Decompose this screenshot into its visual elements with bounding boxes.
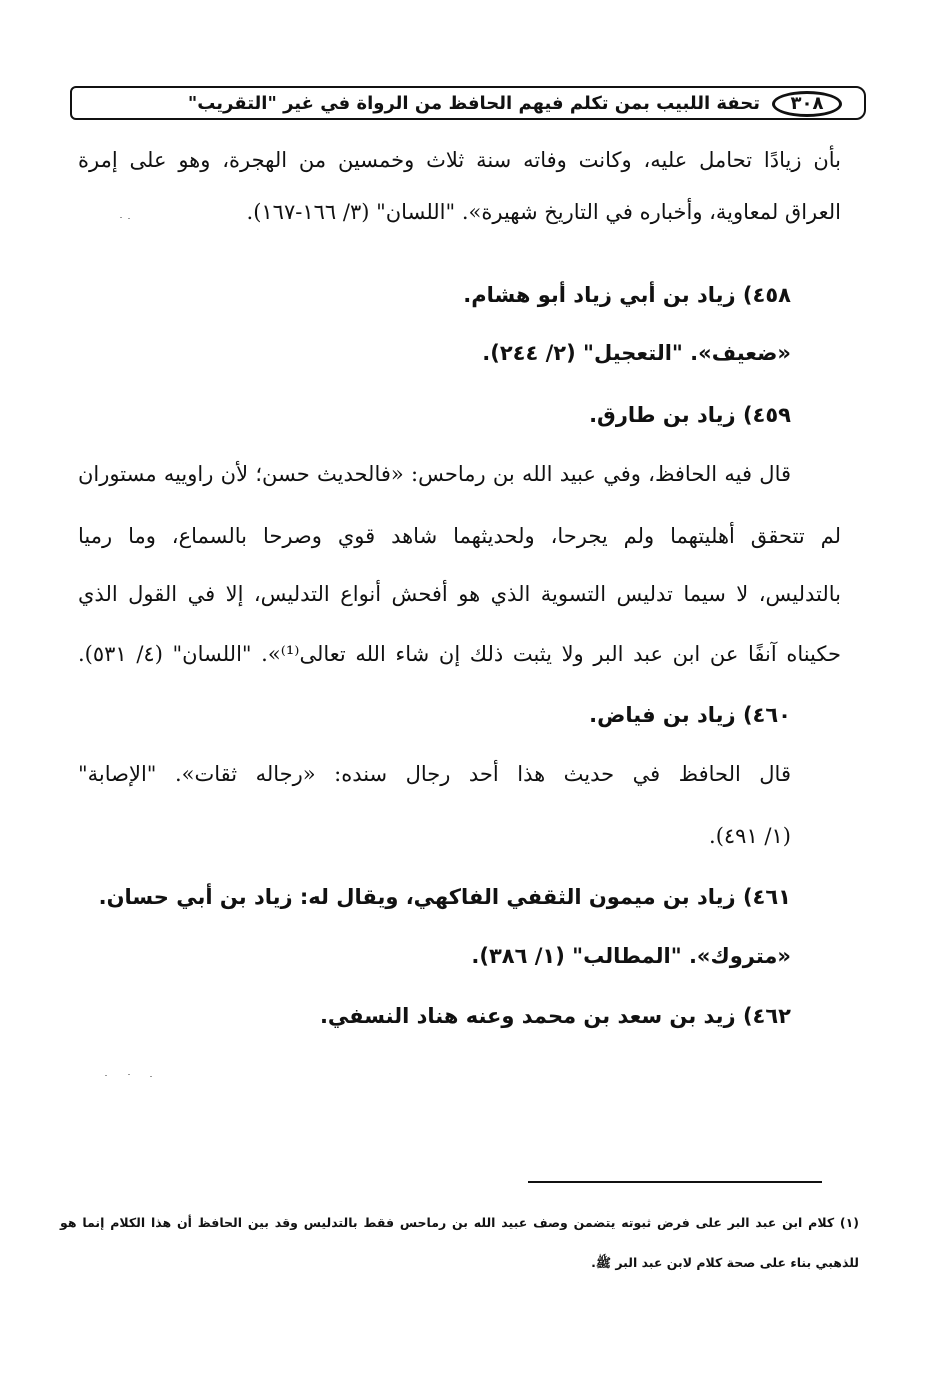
entry-461-note: «متروك». "المطالب" (١/ ٣٨٦).: [78, 936, 841, 976]
scan-speck: [120, 217, 122, 218]
running-header: ٣٠٨ تحفة اللبيب بمن تكلم فيهم الحافظ من …: [70, 86, 866, 120]
scan-speck: [105, 1075, 107, 1076]
scan-speck: [150, 1076, 152, 1077]
entry-459-heading: ٤٥٩) زياد بن طارق.: [78, 395, 841, 435]
footnote-separator: [528, 1181, 822, 1183]
text-line: (١/ ٤٩١).: [78, 816, 841, 856]
page-number: ٣٠٨: [772, 91, 842, 117]
entry-458-note: «ضعيف». "التعجيل" (٢/ ٢٤٤).: [78, 333, 841, 373]
scan-speck: [128, 218, 130, 219]
text-line: بالتدليس، لا سيما تدليس التسوية الذي هو …: [78, 574, 841, 614]
entry-458-heading: ٤٥٨) زياد بن أبي زياد أبو هشام.: [78, 275, 841, 315]
text-line: قال الحافظ في حديث هذا أحد رجال سنده: «ر…: [78, 754, 841, 794]
text-line: العراق لمعاوية، وأخباره في التاريخ شهيرة…: [78, 192, 841, 232]
text-line: قال فيه الحافظ، وفي عبيد الله بن رماحس: …: [78, 454, 841, 494]
footnotes: (١) كلام ابن عبد البر على فرض ثبوته يتضم…: [60, 1208, 859, 1288]
footnote-1-line-2: للذهبي بناء على صحة كلام لابن عبد البر ﷺ…: [60, 1248, 859, 1288]
entry-461-heading: ٤٦١) زياد بن ميمون الثقفي الفاكهي، ويقال…: [78, 877, 841, 917]
entry-462-heading: ٤٦٢) زيد بن سعد بن محمد وعنه هناد النسفي…: [78, 996, 841, 1036]
text-line: لم تتحقق أهليتهما ولم يجرحا، ولحديثهما ش…: [78, 516, 841, 556]
running-title: تحفة اللبيب بمن تكلم فيهم الحافظ من الرو…: [102, 91, 760, 117]
text-line: حكيناه آنفًا عن ابن عبد البر ولا يثبت ذل…: [78, 634, 841, 674]
text-line: بأن زيادًا تحامل عليه، وكانت وفاته سنة ث…: [78, 140, 841, 180]
scan-speck: [128, 1074, 130, 1075]
entry-460-heading: ٤٦٠) زياد بن فياض.: [78, 695, 841, 735]
book-page: ٣٠٨ تحفة اللبيب بمن تكلم فيهم الحافظ من …: [0, 0, 927, 1378]
footnote-1-line-1: (١) كلام ابن عبد البر على فرض ثبوته يتضم…: [60, 1208, 859, 1248]
